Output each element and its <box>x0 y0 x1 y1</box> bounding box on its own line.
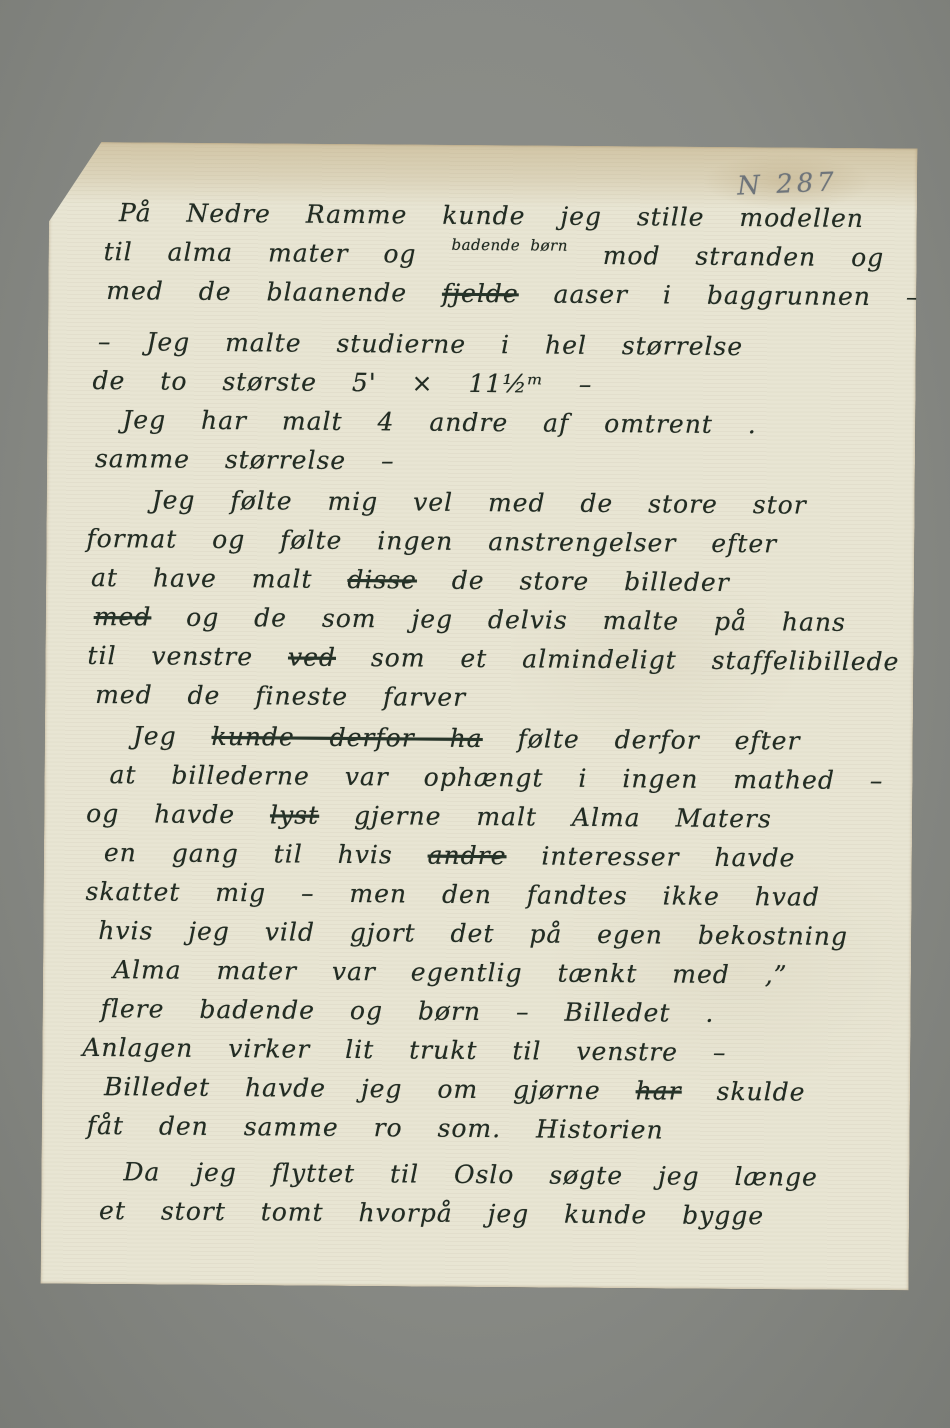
handwritten-segment: interesser havde <box>541 841 795 872</box>
manuscript-line: Billedet havde jeg om gjørne har skulde <box>42 1072 910 1118</box>
handwritten-segment: et stort tomt hvorpå jeg kunde bygge <box>99 1196 764 1230</box>
manuscript-line: en gang til hvis andre interesser havde <box>44 838 912 884</box>
manuscript-line: format og følte ingen anstrengelser efte… <box>46 524 914 570</box>
handwritten-segment: og de som jeg delvis malte på hans <box>186 603 846 637</box>
handwritten-segment: til venstre <box>87 641 253 671</box>
manuscript-line: skattet mig – men den fandtes ikke hvad <box>43 877 911 923</box>
manuscript-line: til venstre ved som et almindeligt staff… <box>45 641 913 687</box>
manuscript-line: samme størrelse – <box>47 444 915 490</box>
manuscript-line: Jeg følte mig vel med de store stor <box>46 485 914 531</box>
manuscript-paper-sheet: N 287 På Nedre Ramme kunde jeg stille mo… <box>41 142 918 1291</box>
handwritten-segment: med de fineste farver <box>95 680 466 712</box>
manuscript-line: Alma mater var egentlig tænkt med ,” <box>43 955 911 1001</box>
manuscript-line: fåt den samme ro som. Historien <box>42 1111 910 1157</box>
struck-word: har <box>636 1076 682 1105</box>
manuscript-line: hvis jeg vild gjort det på egen bekostni… <box>43 916 911 962</box>
manuscript-line: og havde lyst gjerne malt Alma Maters <box>44 799 912 845</box>
handwritten-segment: med de blaanende <box>106 276 407 307</box>
handwritten-segment: de to største 5' × 11½ᵐ – <box>93 366 593 399</box>
photograph-background: { "label": { "text": "N 287" }, "colors"… <box>0 0 950 1428</box>
manuscript-line: at billederne var ophængt i ingen mathed… <box>44 760 912 806</box>
handwritten-segment: Billedet havde jeg om gjørne <box>104 1072 601 1105</box>
manuscript-line: et stort tomt hvorpå jeg kunde bygge <box>41 1196 909 1242</box>
manuscript-line: de to største 5' × 11½ᵐ – <box>47 366 915 412</box>
handwritten-segment: til alma mater og <box>104 237 417 268</box>
handwritten-segment: badende børn <box>451 236 568 255</box>
handwritten-segment: skattet mig – men den fandtes ikke hvad <box>85 877 820 912</box>
handwritten-segment: at billederne var ophængt i ingen mathed… <box>109 760 883 795</box>
struck-word: lyst <box>270 800 319 829</box>
struck-word: med <box>94 602 152 631</box>
handwritten-segment: som et almindeligt staffelibillede <box>371 643 900 676</box>
handwritten-segment: samme størrelse – <box>95 444 395 475</box>
handwritten-segment: På Nedre Ramme kunde jeg stille modellen <box>119 198 864 233</box>
manuscript-line: at have malt disse de store billeder <box>46 563 914 609</box>
handwritten-segment: følte derfor efter <box>518 724 801 755</box>
struck-word: disse <box>347 565 417 595</box>
handwritten-segment: flere badende og børn – Billedet . <box>101 994 715 1028</box>
manuscript-line: med de fineste farver <box>45 680 913 726</box>
handwritten-segment: Da jeg flyttet til Oslo søgte jeg længe <box>123 1157 818 1191</box>
handwritten-segment: en gang til hvis <box>104 838 393 869</box>
handwritten-segment: Alma mater var egentlig tænkt med ,” <box>113 955 788 989</box>
handwritten-segment: Jeg har malt 4 andre af omtrent . <box>122 405 757 439</box>
handwritten-segment: mod stranden og fjorden <box>603 241 918 273</box>
manuscript-line: Da jeg flyttet til Oslo søgte jeg længe <box>41 1157 909 1203</box>
handwritten-segment: at have malt <box>91 563 313 594</box>
handwritten-segment: de store billeder <box>452 566 730 597</box>
handwritten-segment: gjerne malt Alma Maters <box>354 801 772 833</box>
struck-word: andre <box>428 841 507 871</box>
manuscript-line: Jeg har malt 4 andre af omtrent . <box>47 405 915 451</box>
manuscript-line: med og de som jeg delvis malte på hans <box>46 602 914 648</box>
struck-word: kunde derfor ha <box>211 722 482 753</box>
handwritten-segment: Jeg <box>133 721 177 750</box>
handwritten-segment: Anlagen virker lit trukt til venstre – <box>82 1033 726 1067</box>
handwritten-segment: hvis jeg vild gjort det på egen bekostni… <box>98 916 848 951</box>
manuscript-line: flere badende og børn – Billedet . <box>43 994 911 1040</box>
handwritten-segment: skulde <box>717 1077 806 1107</box>
handwritten-text-block: På Nedre Ramme kunde jeg stille modellen… <box>41 198 917 1242</box>
manuscript-line: med de blaanende fjelde aaser i baggrunn… <box>48 276 916 322</box>
handwritten-segment: format og følte ingen anstrengelser efte… <box>86 524 777 558</box>
struck-word: ved <box>288 642 336 671</box>
handwritten-segment: – Jeg malte studierne i hel størrelse <box>98 327 743 361</box>
manuscript-line: – Jeg malte studierne i hel størrelse <box>48 327 916 373</box>
manuscript-line: Anlagen virker lit trukt til venstre – <box>42 1033 910 1079</box>
handwritten-segment: og havde <box>86 799 235 829</box>
handwritten-segment: Jeg følte mig vel med de store stor <box>152 485 807 519</box>
manuscript-line: til alma mater og badende børn mod stran… <box>48 237 916 283</box>
handwritten-segment: fåt den samme ro som. Historien <box>87 1111 664 1145</box>
archive-number-pencil-label: N 287 <box>737 167 839 201</box>
manuscript-line: Jeg kunde derfor ha følte derfor efter <box>45 721 913 767</box>
struck-word: fjelde <box>442 279 519 309</box>
handwritten-segment: aaser i baggrunnen – <box>554 280 918 312</box>
